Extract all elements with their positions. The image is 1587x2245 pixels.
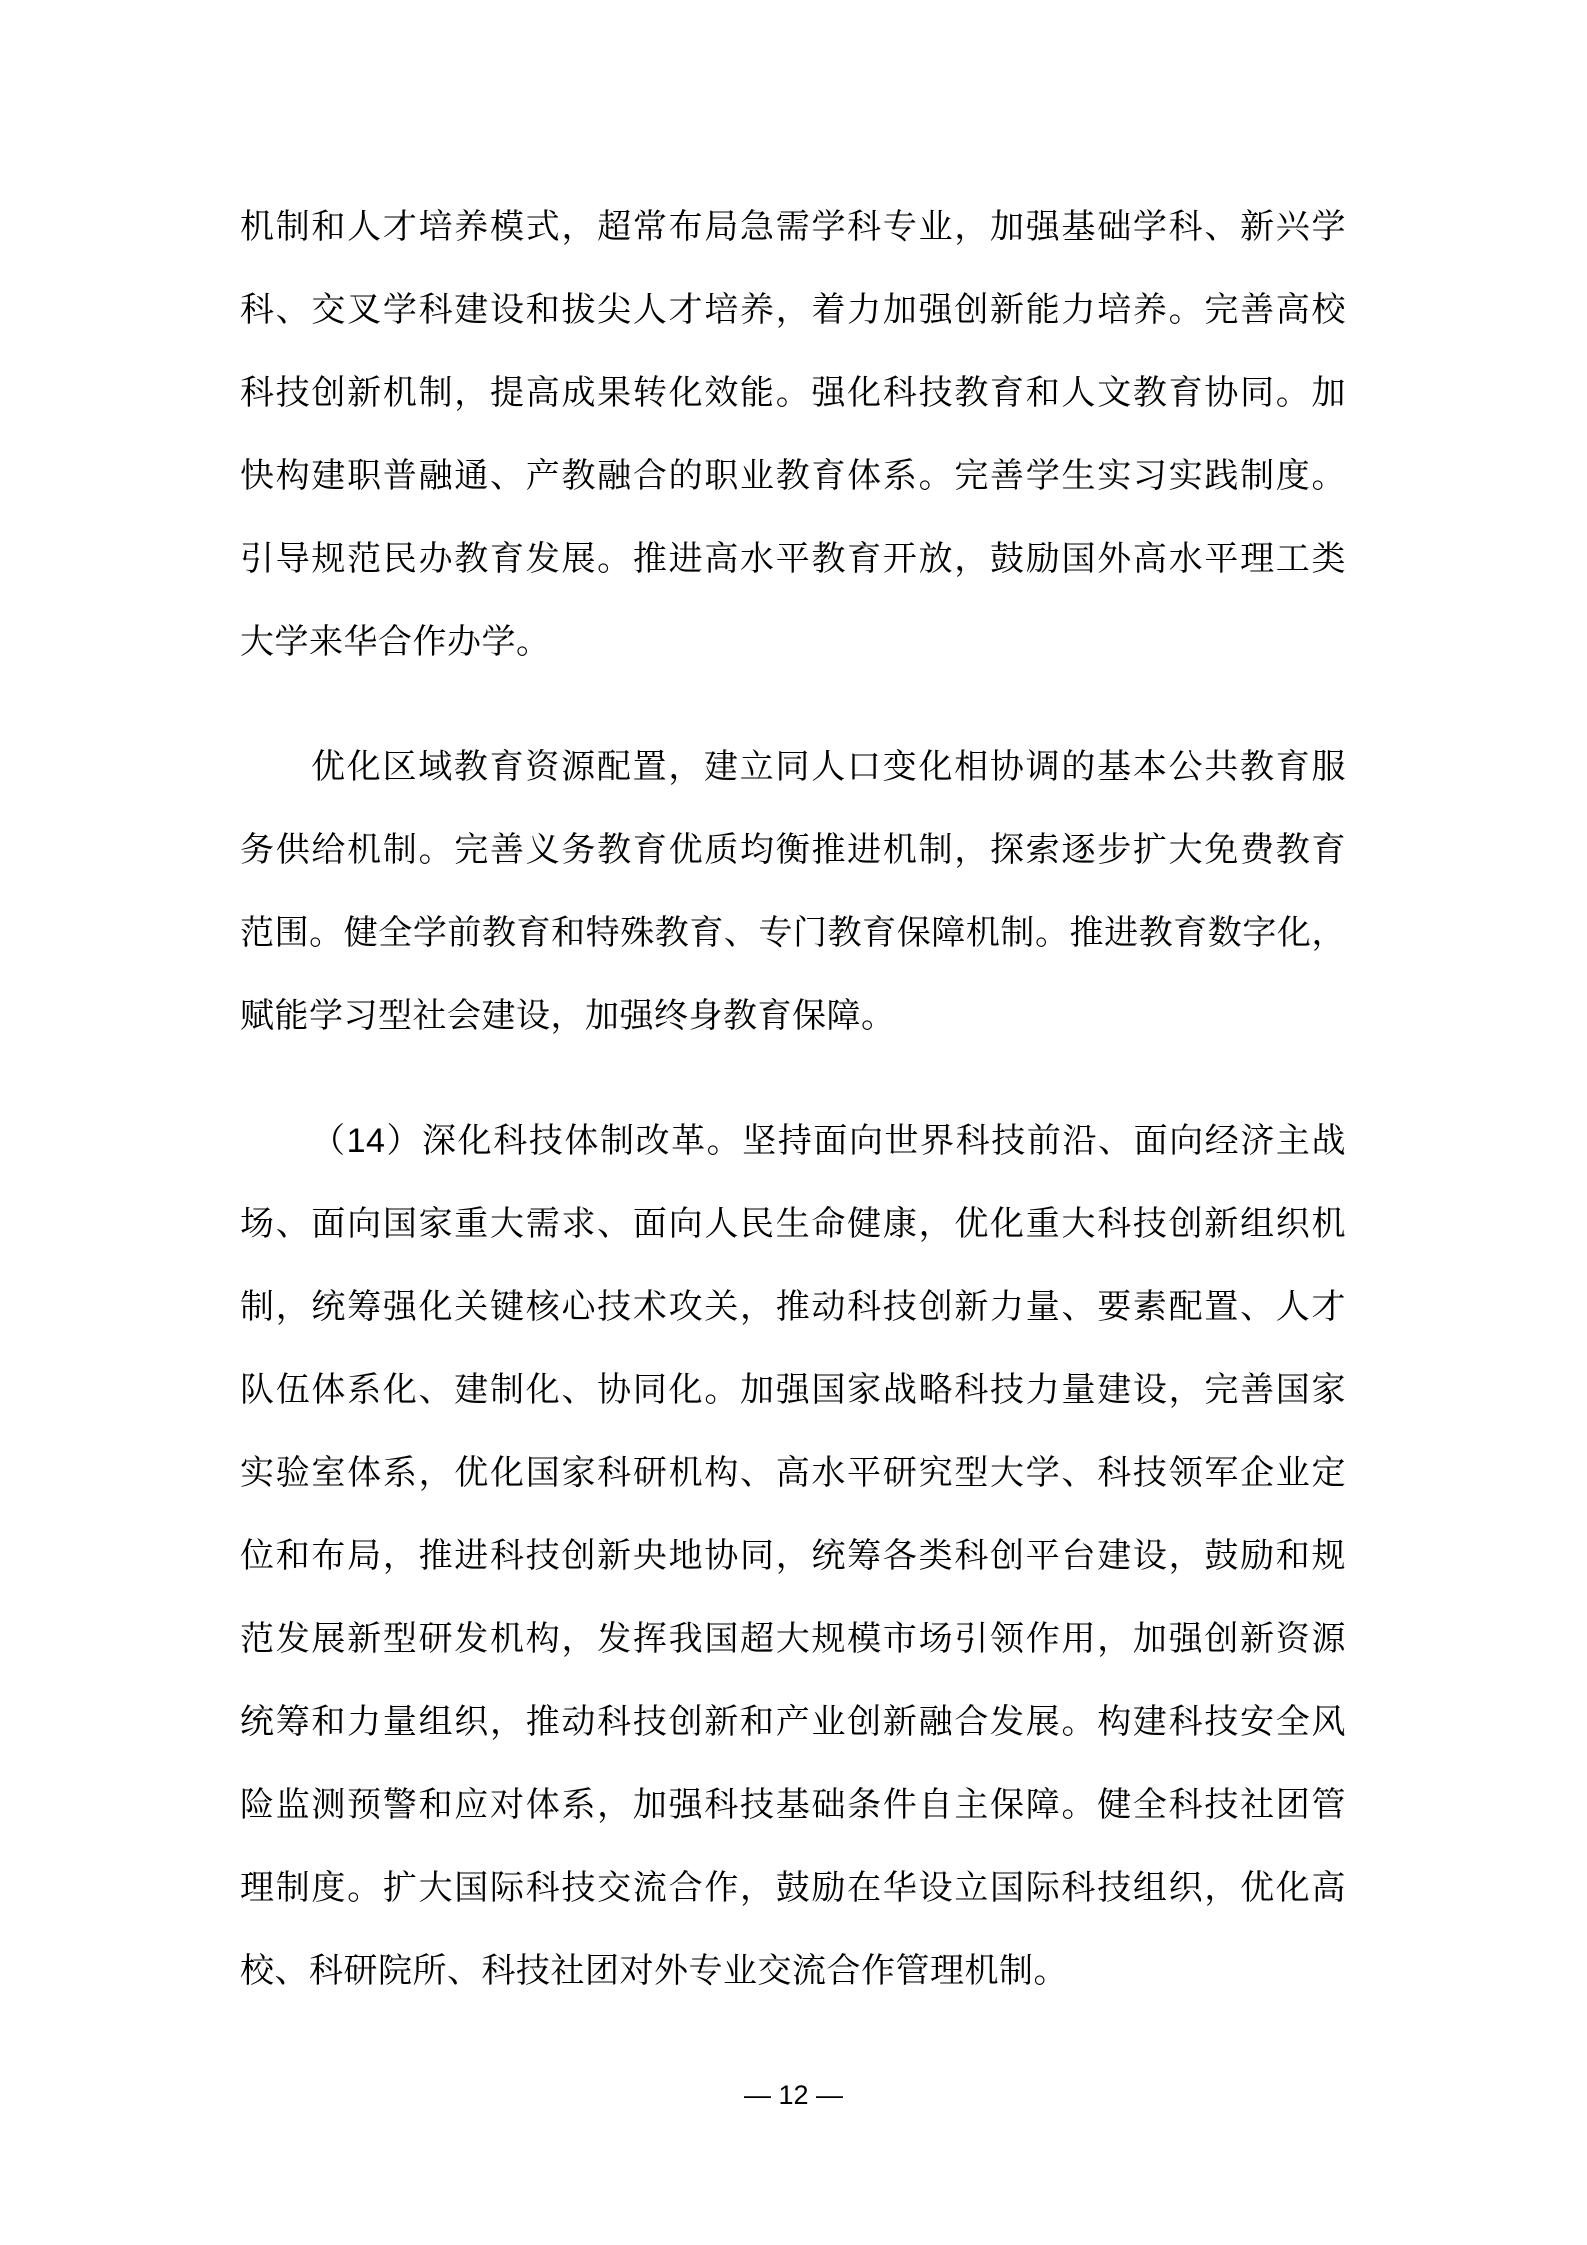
text-line: 范发展新型研发机构，发挥我国超大规模市场引领作用，加强创新资源	[240, 1598, 1346, 1681]
text-line: 务供给机制。完善义务教育优质均衡推进机制，探索逐步扩大免费教育	[240, 809, 1346, 892]
text-line: 赋能学习型社会建设，加强终身教育保障。	[240, 975, 1346, 1058]
text-line: 校、科研院所、科技社团对外专业交流合作管理机制。	[240, 1930, 1346, 2013]
document-body: 机制和人才培养模式，超常布局急需学科专业，加强基础学科、新兴学科、交叉学科建设和…	[240, 186, 1346, 2013]
text-line: 大学来华合作办学。	[240, 601, 1346, 684]
paragraph: （14）深化科技体制改革。坚持面向世界科技前沿、面向经济主战场、面向国家重大需求…	[240, 1100, 1346, 2013]
paragraph: 机制和人才培养模式，超常布局急需学科专业，加强基础学科、新兴学科、交叉学科建设和…	[240, 186, 1346, 684]
page-number: — 12 —	[0, 2078, 1587, 2112]
text-line: 险监测预警和应对体系，加强科技基础条件自主保障。健全科技社团管	[240, 1764, 1346, 1847]
document-page: 机制和人才培养模式，超常布局急需学科专业，加强基础学科、新兴学科、交叉学科建设和…	[0, 0, 1587, 2245]
text-line: 理制度。扩大国际科技交流合作，鼓励在华设立国际科技组织，优化高	[240, 1847, 1346, 1930]
text-line: 位和布局，推进科技创新央地协同，统筹各类科创平台建设，鼓励和规	[240, 1515, 1346, 1598]
text-line: 机制和人才培养模式，超常布局急需学科专业，加强基础学科、新兴学	[240, 186, 1346, 269]
text-line: 制，统筹强化关键核心技术攻关，推动科技创新力量、要素配置、人才	[240, 1266, 1346, 1349]
text-line: 队伍体系化、建制化、协同化。加强国家战略科技力量建设，完善国家	[240, 1349, 1346, 1432]
text-line: 实验室体系，优化国家科研机构、高水平研究型大学、科技领军企业定	[240, 1432, 1346, 1515]
text-line: 范围。健全学前教育和特殊教育、专门教育保障机制。推进教育数字化，	[240, 892, 1346, 975]
text-line: 科技创新机制，提高成果转化效能。强化科技教育和人文教育协同。加	[240, 352, 1346, 435]
text-line: 快构建职普融通、产教融合的职业教育体系。完善学生实习实践制度。	[240, 435, 1346, 518]
text-line: （14）深化科技体制改革。坚持面向世界科技前沿、面向经济主战	[240, 1100, 1346, 1183]
text-line: 场、面向国家重大需求、面向人民生命健康，优化重大科技创新组织机	[240, 1183, 1346, 1266]
text-line: 科、交叉学科建设和拔尖人才培养，着力加强创新能力培养。完善高校	[240, 269, 1346, 352]
paragraph: 优化区域教育资源配置，建立同人口变化相协调的基本公共教育服务供给机制。完善义务教…	[240, 726, 1346, 1058]
text-line: 引导规范民办教育发展。推进高水平教育开放，鼓励国外高水平理工类	[240, 518, 1346, 601]
text-line: 优化区域教育资源配置，建立同人口变化相协调的基本公共教育服	[240, 726, 1346, 809]
text-line: 统筹和力量组织，推动科技创新和产业创新融合发展。构建科技安全风	[240, 1681, 1346, 1764]
